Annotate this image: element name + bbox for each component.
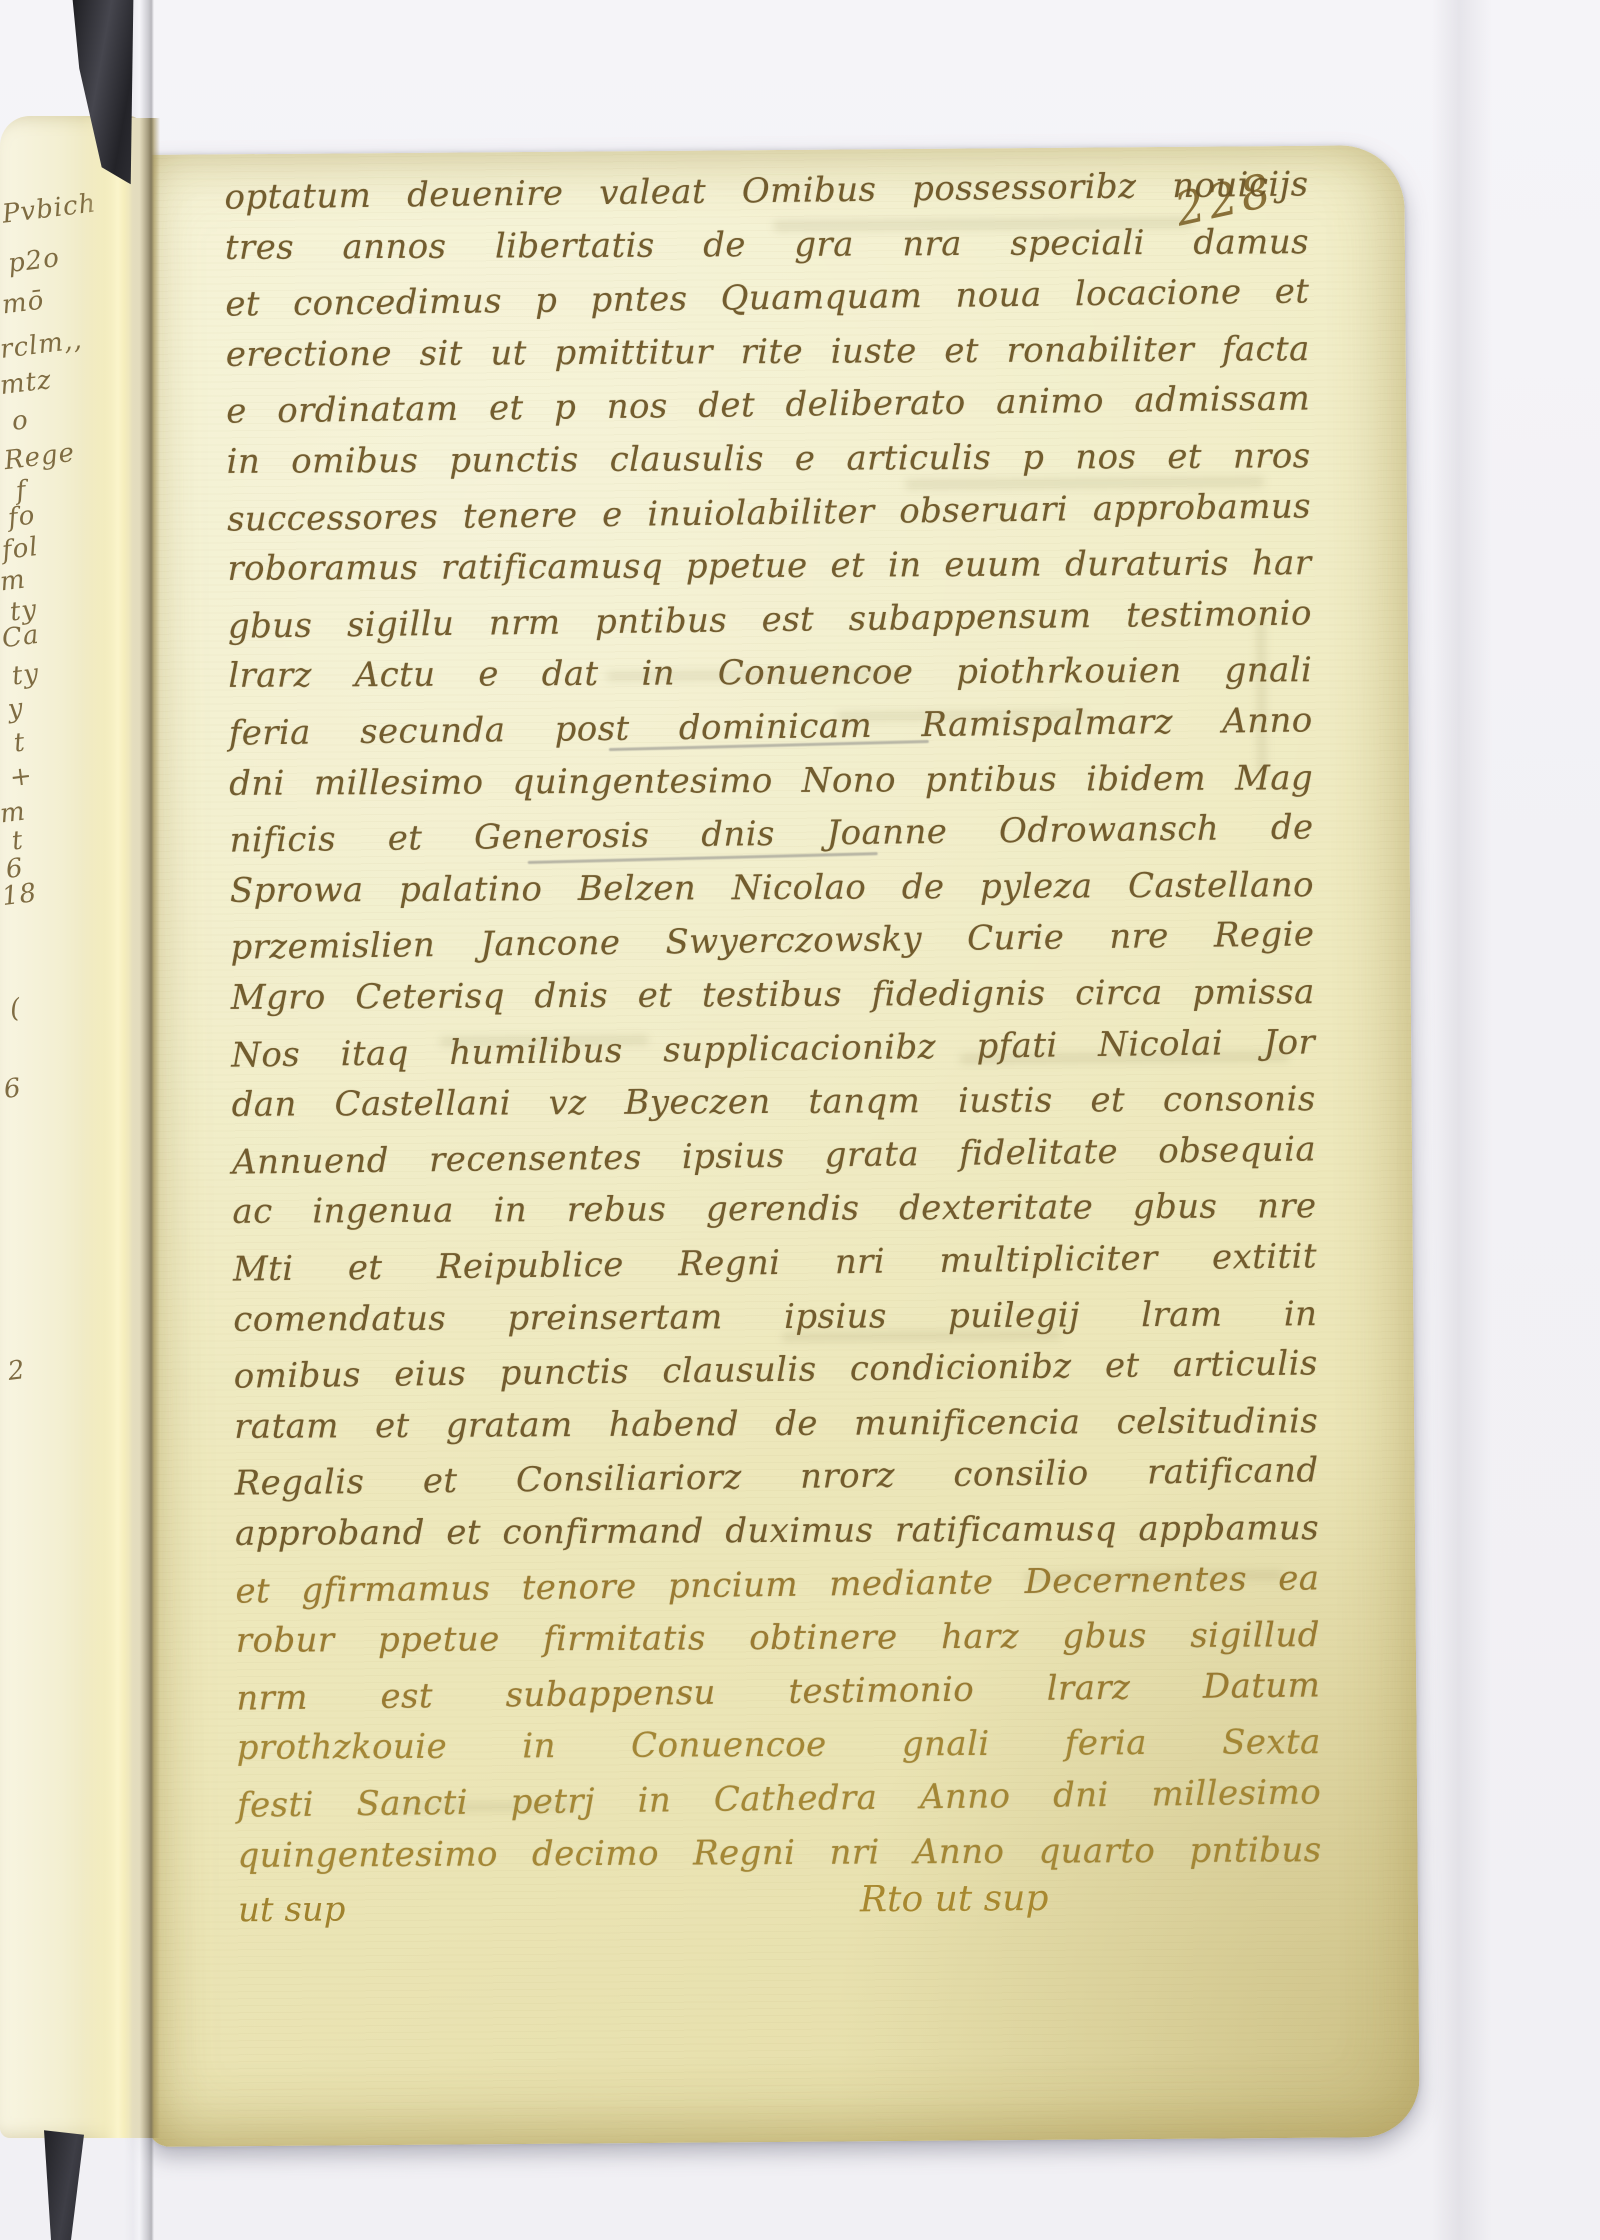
manuscript-page: 228 optatum deuenire valeat Omibus posse… [132,145,1420,2147]
closing-left: ut sup [238,1889,346,1930]
margin-note-fragment: 2 [6,1355,27,1387]
margin-note-fragment: rclm,, [0,325,84,365]
manuscript-line: in omibus punctis clausulis e articulis … [226,433,1310,485]
margin-note-fragment: m [0,797,27,830]
manuscript-text: optatum deuenire valeat Omibus possessor… [132,145,1404,155]
manuscript-line: prothzkouie in Conuencoe gnali feria Sex… [237,1720,1321,1772]
manuscript-line: successores tenere e inuiolabiliter obse… [227,483,1311,542]
margin-note-fragment: + [8,761,34,794]
margin-note-fragment: ( [8,993,23,1024]
closing-formula-row: ut sup Rto ut sup [238,1882,1322,1951]
margin-note-fragment: t [10,825,25,856]
margin-note-fragment: Rege [2,438,76,476]
manuscript-line: omibus eius punctis clausulis condicioni… [234,1341,1318,1400]
manuscript-line: Sprowa palatino Belzen Nicolao de pyleza… [230,862,1314,914]
margin-note-fragment: mtz [0,365,53,401]
manuscript-line: comendatus preinsertam ipsius puilegij l… [233,1291,1317,1343]
manuscript-line: optatum deuenire valeat Omibus possessor… [224,161,1308,220]
manuscript-line: ac ingenua in rebus gerendis dexteritate… [232,1184,1316,1236]
manuscript-line: Annuend recensentes ipsius grata fidelit… [232,1126,1316,1185]
manuscript-line: przemislien Jancone Swyerczowsky Curie n… [230,912,1314,971]
manuscript-line: approband et confirmand duximus ratifica… [235,1505,1319,1557]
margin-note-fragment: mō [0,286,46,321]
manuscript-line: erectione sit ut pmittitur rite iuste et… [226,326,1310,378]
margin-note-fragment: y [6,693,25,725]
manuscript-line: tres annos libertatis de gra nra special… [225,219,1309,271]
manuscript-line: Regalis et Consiliariorz nrorz consilio … [234,1448,1318,1507]
manuscript-line: et gfirmamus tenore pncium mediante Dece… [235,1555,1319,1614]
manuscript-line: nificis et Generosis dnis Joanne Odrowan… [229,805,1313,864]
manuscript-line: nrm est subappensu testimonio lrarz Datu… [236,1662,1320,1721]
manuscript-line: Nos itaq humilibus supplicacionibz pfati… [231,1019,1315,1078]
manuscript-line: feria secunda post dominicam Ramispalmar… [228,697,1312,756]
margin-note-fragment: Ca [0,620,41,654]
margin-note-fragment: 18 [0,878,38,912]
manuscript-line: festi Sancti petrj in Cathedra Anno dni … [237,1769,1321,1828]
margin-note-fragment: o [10,405,30,437]
margin-note-fragment: p2o [6,243,61,279]
manuscript-line: et concedimus p pntes Quamquam noua loca… [225,269,1309,328]
manuscript-line: Mti et Reipublice Regni nri multiplicite… [233,1233,1317,1292]
manuscript-line: robur ppetue firmitatis obtinere harz gb… [236,1612,1320,1664]
perspex-bar [124,0,154,2240]
closing-right: Rto ut sup [860,1878,1049,1920]
ink-showthrough [1256,616,1267,776]
manuscript-line: ratam et gratam habend de munificencia c… [234,1398,1318,1450]
background-fold-shadow [1432,0,1492,2240]
margin-note-fragment: m [0,565,27,598]
manuscript-line: dan Castellani vz Byeczen tanqm iustis e… [232,1076,1316,1128]
manuscript-line: Mgro Ceterisq dnis et testibus fidedigni… [231,969,1315,1021]
margin-note-fragment: t [12,727,27,758]
manuscript-line: quingentesimo decimo Regni nri Anno quar… [237,1827,1321,1879]
margin-note-fragment: fo [6,500,37,533]
manuscript-line: gbus sigillu nrm pntibus est subappensum… [228,590,1312,649]
margin-note-fragment: 6 [2,1073,23,1105]
margin-note-fragment: fol [0,532,40,566]
margin-note-fragment: ty [10,658,41,691]
manuscript-line: dni millesimo quingentesimo Nono pntibus… [229,755,1313,807]
manuscript-line: roboramus ratificamusq ppetue et in euum… [227,540,1311,592]
bottom-clamp [40,2128,90,2240]
manuscript-line: e ordinatam et p nos det deliberato anim… [226,376,1310,435]
manuscript-line: lrarz Actu e dat in Conuencoe piothrkoui… [228,648,1312,700]
